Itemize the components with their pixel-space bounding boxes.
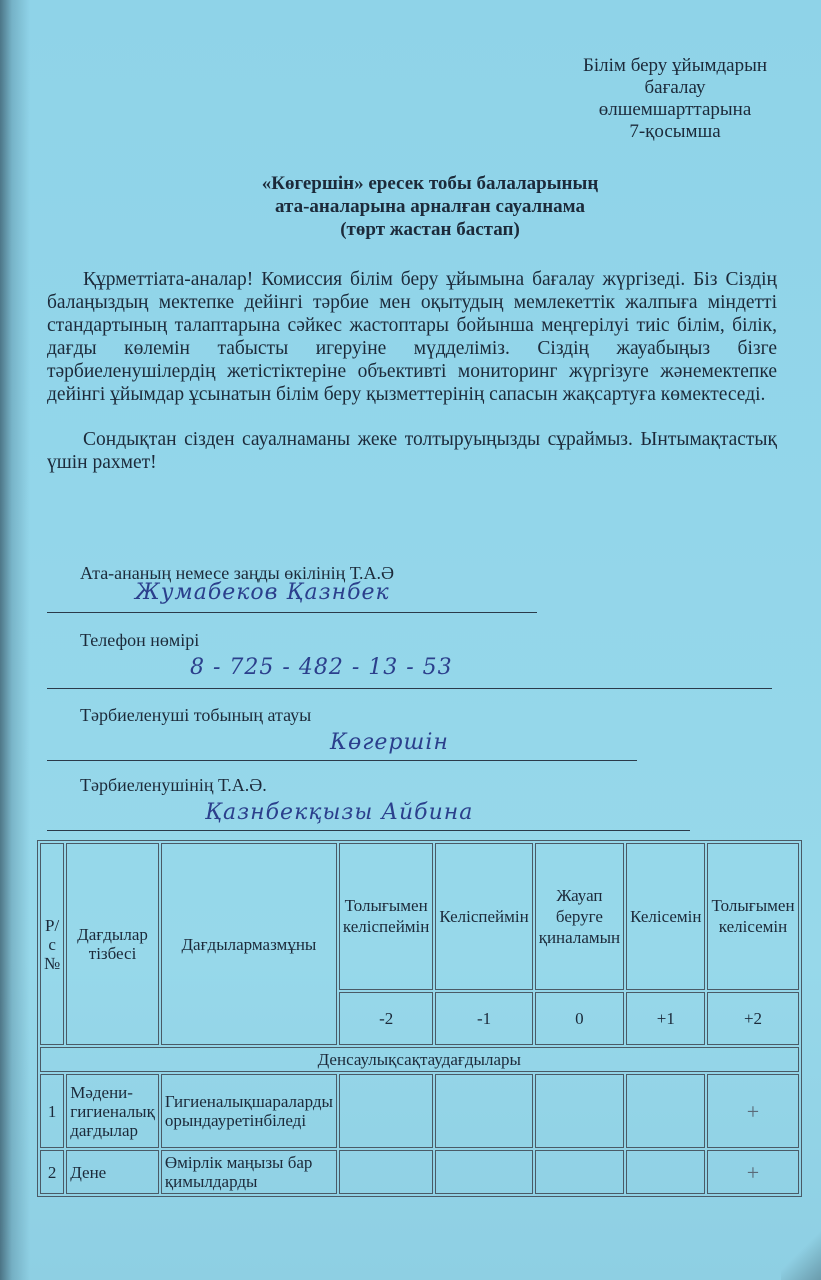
page-corner-shadow [781, 1220, 821, 1280]
skills-table: Р/с № Дағдылар тізбесі Дағдылармазмұны Т… [37, 840, 802, 1197]
group-name-line [47, 760, 637, 761]
group-name-label: Тәрбиеленуші тобының атауы [80, 705, 311, 726]
appendix-line: Білім беру ұйымдарын [545, 55, 805, 77]
section-title: Денсаулықсақтаудағдылары [40, 1047, 799, 1072]
mark-cell[interactable] [435, 1150, 532, 1194]
mark-cell[interactable]: + [707, 1074, 798, 1148]
intro-paragraph: Құрметтіата-аналар! Комиссия білім беру … [47, 268, 777, 406]
mark-cell[interactable] [535, 1074, 624, 1148]
mark-cell[interactable] [435, 1074, 532, 1148]
appendix-line: бағалау [545, 77, 805, 99]
row-content: Гигиеналықшараларды орындауретінбіледі [161, 1074, 337, 1148]
header-skills-list: Дағдылар тізбесі [66, 843, 159, 1045]
header-scale-agree: Келісемін [626, 843, 705, 990]
row-num: 2 [40, 1150, 64, 1194]
score-value: -2 [339, 992, 433, 1045]
row-skill: Мәдени-гигиеналық дағдылар [66, 1074, 159, 1148]
page-edge-shadow [0, 0, 30, 1280]
row-skill: Дене [66, 1150, 159, 1194]
appendix-line: өлшемшарттарына [545, 99, 805, 121]
header-num: Р/с № [40, 843, 64, 1045]
table-row: 2 Дене Өмірлік маңызы бар қимылдарды + [40, 1150, 799, 1194]
header-skills-content: Дағдылармазмұны [161, 843, 337, 1045]
header-scale-disagree: Келіспеймін [435, 843, 532, 990]
title-line: «Көгершін» ересек тобы балаларының [150, 172, 710, 195]
row-num: 1 [40, 1074, 64, 1148]
child-name-label: Тәрбиеленушінің Т.А.Ә. [80, 775, 267, 796]
score-value: 0 [535, 992, 624, 1045]
parent-name-line [47, 612, 537, 613]
title-line: ата-аналарына арналған сауалнама [150, 195, 710, 218]
score-value: -1 [435, 992, 532, 1045]
mark-cell[interactable] [535, 1150, 624, 1194]
intro-paragraph: Сондықтан сізден сауалнаманы жеке толтыр… [47, 428, 777, 474]
mark-cell[interactable] [626, 1150, 705, 1194]
header-scale-strongly-agree: Толығымен келісемін [707, 843, 798, 990]
child-name-line [47, 830, 690, 831]
appendix-note: Білім беру ұйымдарын бағалау өлшемшартта… [545, 55, 805, 143]
header-scale-undecided: Жауап беруге қиналамын [535, 843, 624, 990]
table-section-row: Денсаулықсақтаудағдылары [40, 1047, 799, 1072]
intro-text: Құрметтіата-аналар! Комиссия білім беру … [47, 268, 777, 474]
group-name-value[interactable]: Көгершін [330, 730, 449, 755]
phone-label: Телефон нөмірі [80, 630, 199, 651]
score-value: +2 [707, 992, 798, 1045]
mark-cell[interactable]: + [707, 1150, 798, 1194]
table-header-row: Р/с № Дағдылар тізбесі Дағдылармазмұны Т… [40, 843, 799, 990]
parent-name-value[interactable]: Жумабеков Қазнбек [135, 580, 390, 605]
mark-cell[interactable] [339, 1074, 433, 1148]
document-title: «Көгершін» ересек тобы балаларының ата-а… [150, 172, 710, 241]
child-name-value[interactable]: Қазнбекқызы Айбина [205, 800, 473, 825]
mark-cell[interactable] [339, 1150, 433, 1194]
mark-cell[interactable] [626, 1074, 705, 1148]
appendix-line: 7-қосымша [545, 121, 805, 143]
score-value: +1 [626, 992, 705, 1045]
row-content: Өмірлік маңызы бар қимылдарды [161, 1150, 337, 1194]
phone-value[interactable]: 8 - 725 - 482 - 13 - 53 [190, 655, 453, 680]
title-line: (төрт жастан бастап) [150, 218, 710, 241]
table-row: 1 Мәдени-гигиеналық дағдылар Гигиеналықш… [40, 1074, 799, 1148]
phone-line [47, 688, 772, 689]
header-scale-strongly-disagree: Толығымен келіспеймін [339, 843, 433, 990]
